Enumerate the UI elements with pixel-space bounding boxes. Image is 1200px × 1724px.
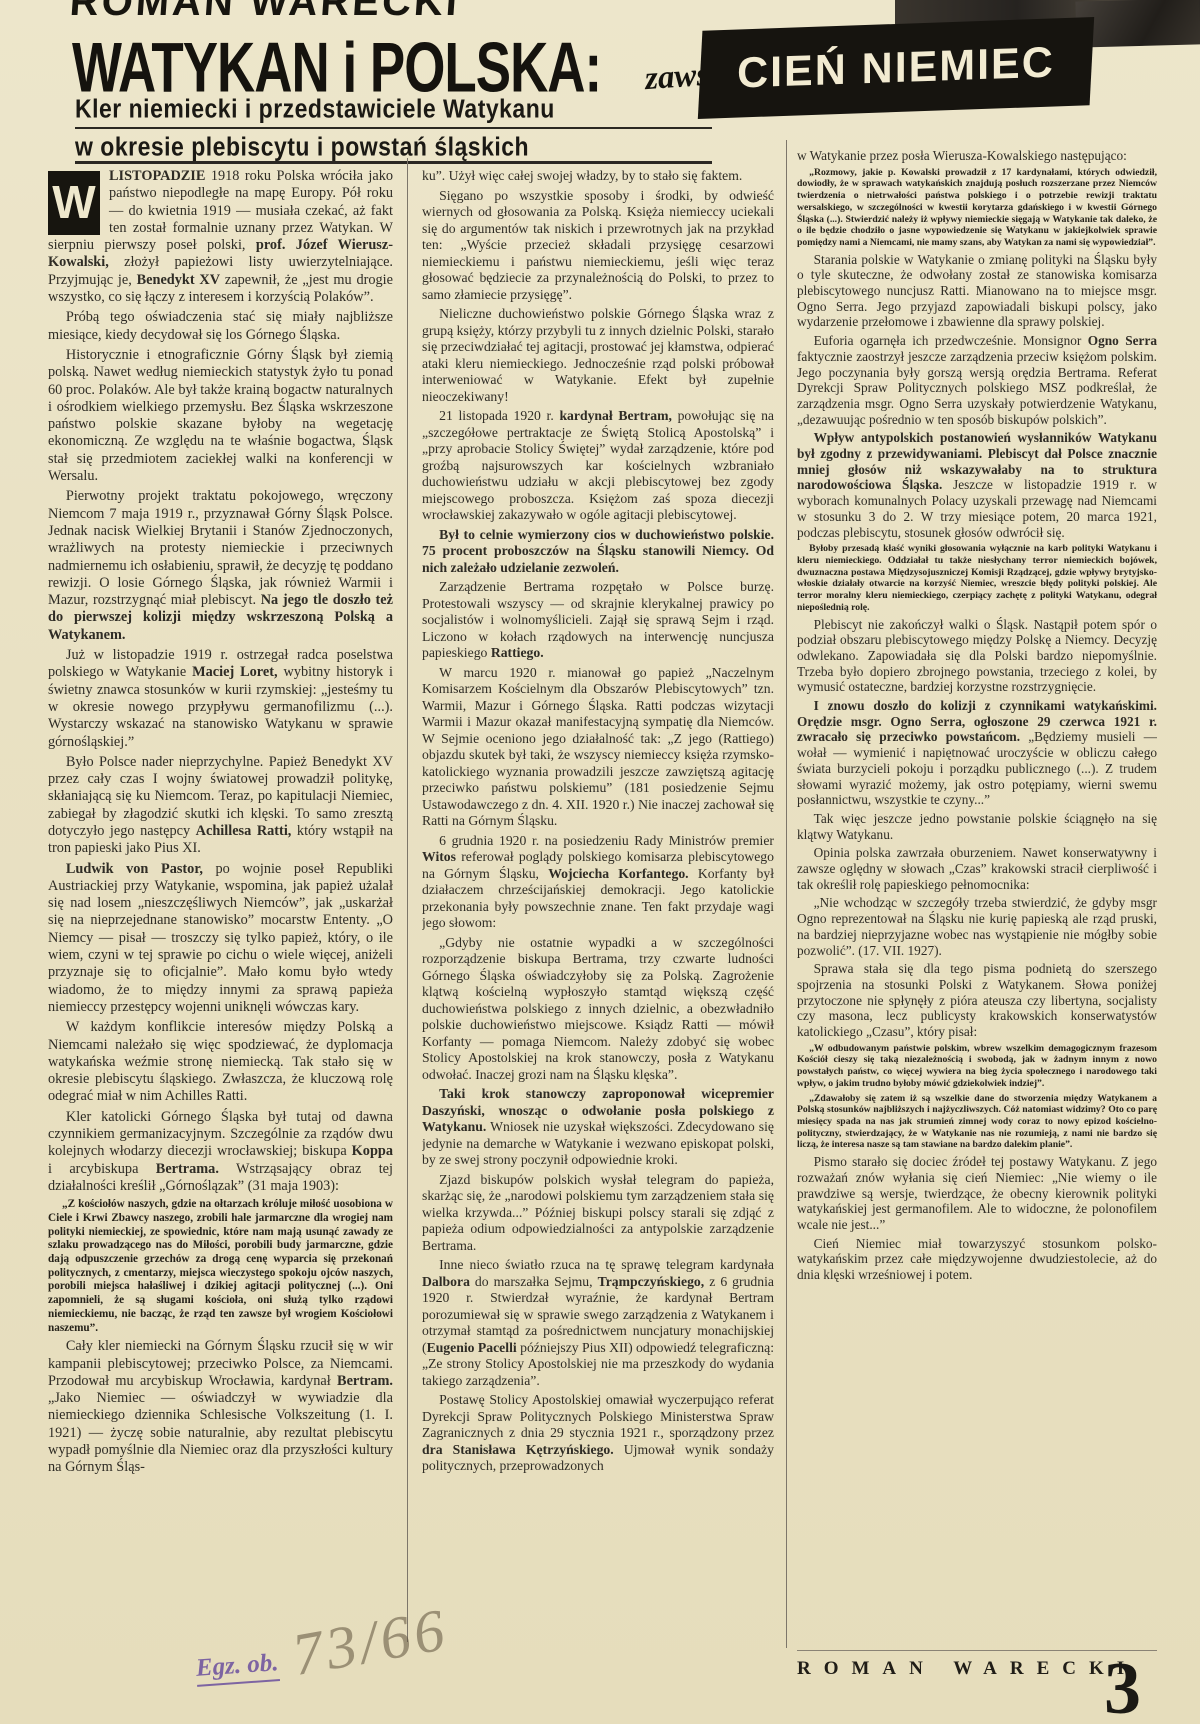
paragraph: Byłoby przesadą kłaść wyniki głosowania … — [797, 543, 1157, 613]
paragraph: Opinia polska zawrzała oburzeniem. Nawet… — [797, 845, 1157, 892]
title-black-box: CIEŃ NIEMIEC — [698, 17, 1094, 119]
paragraph: „Rozmowy, jakie p. Kowalski prowadził z … — [797, 167, 1157, 249]
paragraph: Kler katolicki Górnego Śląska był tutaj … — [48, 1109, 393, 1195]
paragraph: Inne nieco światło rzuca na tę sprawę te… — [422, 1257, 774, 1389]
paragraph: Pismo starało się dociec źródeł tej post… — [797, 1154, 1157, 1233]
page-number: 3 — [1104, 1652, 1141, 1724]
paragraph: Sprawa stała się dla tego pisma podnietą… — [797, 961, 1157, 1040]
paragraph: Postawę Stolicy Apostolskiej omawiał wyc… — [422, 1392, 774, 1475]
paragraph: W marcu 1920 r. mianował go papież „Nacz… — [422, 665, 774, 830]
magazine-page: ROMAN WARECKI WATYKAN i POLSKA: zawsze C… — [0, 0, 1200, 1724]
subtitle-rule-2 — [75, 161, 712, 164]
paragraph: „W odbudowanym państwie polskim, wbrew w… — [797, 1043, 1157, 1090]
paragraph: Próbą tego oświadczenia stać się miały n… — [48, 309, 393, 344]
paragraph: Wpływ antypolskich postanowień wysłannik… — [797, 430, 1157, 540]
paragraph: Zjazd biskupów polskich wysłał telegram … — [422, 1172, 774, 1255]
subtitle-rule-1 — [75, 127, 712, 129]
paragraph: „Zdawałoby się zatem iż są wszelkie dane… — [797, 1093, 1157, 1152]
footer-rule — [797, 1650, 1157, 1651]
stamp-handwriting: Egz. ob. — [195, 1649, 280, 1687]
paragraph: „Gdyby nie ostatnie wypadki a w szczegól… — [422, 935, 774, 1084]
column-3: w Watykanie przez posła Wierusza-Kowalsk… — [797, 148, 1157, 1642]
paragraph: Ludwik von Pastor, po wojnie poseł Repub… — [48, 861, 393, 1017]
title-box-text: CIEŃ NIEMIEC — [737, 38, 1055, 98]
paragraph: w Watykanie przez posła Wierusza-Kowalsk… — [797, 148, 1157, 164]
paragraph: Sięgano po wszystkie sposoby i środki, b… — [422, 188, 774, 304]
column-divider-2 — [786, 140, 787, 1648]
paragraph: I znowu doszło do kolizji z czynnikami w… — [797, 698, 1157, 808]
paragraph: W każdym konflikcie interesów między Pol… — [48, 1019, 393, 1105]
subtitle-line-1: Kler niemiecki i przedstawiciele Watykan… — [75, 94, 555, 124]
paragraph: 6 grudnia 1920 r. na posiedzeniu Rady Mi… — [422, 833, 774, 932]
paragraph: Euforia ogarnęła ich przedwcześnie. Mons… — [797, 333, 1157, 427]
paragraph: 21 listopada 1920 r. kardynał Bertram, p… — [422, 408, 774, 524]
paragraph: Cały kler niemiecki na Górnym Śląsku rzu… — [48, 1338, 393, 1476]
paragraph: Nieliczne duchowieństwo polskie Górnego … — [422, 306, 774, 405]
paragraph: Historycznie i etnograficznie Górny Śląs… — [48, 347, 393, 485]
paragraph: ku”. Użył więc całej swojej władzy, by t… — [422, 168, 774, 185]
subtitle-line-2: w okresie plebiscytu i powstań śląskich — [75, 132, 529, 162]
paragraph: Taki krok stanowczy zaproponował wicepre… — [422, 1086, 774, 1169]
drop-cap: W — [48, 171, 100, 235]
paragraph: Pierwotny projekt traktatu pokojowego, w… — [48, 488, 393, 644]
column-2: ku”. Użył więc całej swojej władzy, by t… — [422, 168, 774, 1680]
paragraph: Już w listopadzie 1919 r. ostrzegał radc… — [48, 647, 393, 751]
photo-fragment-corner — [1075, 0, 1200, 48]
paragraph: Cień Niemiec miał towarzyszyć stosunkom … — [797, 1236, 1157, 1283]
column-divider-1 — [407, 158, 408, 1642]
paragraph: Starania polskie w Watykanie o zmianę po… — [797, 252, 1157, 331]
paragraph: Był to celnie wymierzony cios w duchowie… — [422, 527, 774, 577]
paragraph: Zarządzenie Bertrama rozpętało w Polsce … — [422, 579, 774, 662]
top-author-cutoff: ROMAN WARECKI — [69, 0, 462, 22]
paragraph: Było Polsce nader nieprzychylne. Papież … — [48, 754, 393, 858]
paragraph: „Z kościołów naszych, gdzie na ołtarzach… — [48, 1198, 393, 1335]
paragraph: Plebiscyt nie zakończył walki o Śląsk. N… — [797, 617, 1157, 696]
paragraph: „Nie wchodząc w szczegóły trzeba stwierd… — [797, 895, 1157, 958]
column-1: W LISTOPADZIE 1918 roku Polska wróciła j… — [48, 168, 393, 1616]
paragraph: Tak więc jeszcze jedno powstanie polskie… — [797, 811, 1157, 842]
